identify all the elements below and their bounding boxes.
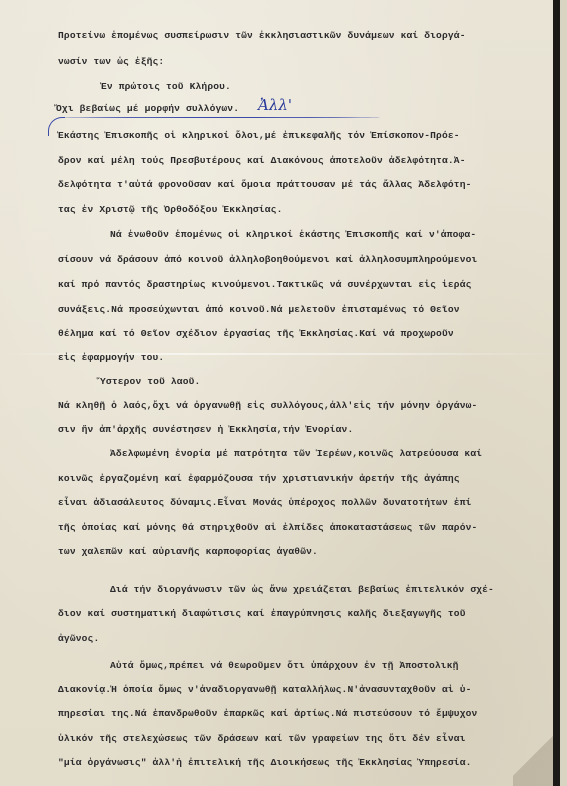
text-line: Ἀδελφωμένη ἐνορία μέ πατρότητα τῶν Ἱερέω… [110,448,482,460]
text-line: δελφότητα τ'αὐτά φρονοῦσαν καί ὅμοια πρά… [58,179,472,191]
text-line: Ὄχι βεβαίως μέ μορφήν συλλόγων. [56,103,239,115]
text-line: σιν ἥν ἀπ'ἀρχῆς συνέστησεν ἡ Ἐκκλησία,τή… [58,424,353,436]
text-line: διον καί συστηματική διαφώτισις καί ἐπαγ… [58,608,466,620]
text-line: συνάξεις.Νά προσεύχωνται ἀπό κοινοῦ.Νά μ… [58,304,460,316]
text-line: Ἑκάστης Ἐπισκοπῆς οἱ κληρικοί ὅλοι,μέ ἐπ… [58,130,460,142]
text-line: πηρεσίαι της.Νά ἐπανδρωθοῦν ἐπαρκῶς καί … [58,708,477,720]
text-line: Νά ἑνωθοῦν ἑπομένως οἱ κληρικοί ἑκάστης … [110,229,476,241]
text-line: νωσίν των ὡς ἑξῆς: [58,56,164,68]
section-heading-clergy: Ἐν πρώτοις τοῦ Κλήρου. [101,81,231,93]
text-line: εἰς ἐφαρμογήν του. [58,352,164,364]
text-line: Προτείνω ἑπομένως συσπείρωσιν τῶν ἐκκλησ… [58,30,466,42]
text-line: δρον καί μέλη τούς Πρεσβυτέρους καί Διακ… [58,155,466,167]
text-line: Νά κληθῇ ὁ λαός,ὄχι νά ὀργανωθῇ εἰς συλλ… [58,400,477,412]
text-line: εἶναι ἀδιασάλευτος δύναμις.Εἶναι Μονάς ὑ… [58,497,472,509]
text-line: κοινῶς ἐργαζομένη καί ἐφαρμόζουσα τήν χρ… [58,473,460,485]
text-line: Διακονίᾳ.Ἡ ὁποία ὅμως ν'ἀναδιοργανωθῇ κα… [58,684,472,696]
text-line: ἀγῶνος. [58,633,99,645]
section-heading-laity: Ὕστερον τοῦ λαοῦ. [100,376,200,388]
text-line: των χαλεπῶν καί αὐριανῆς καρποφορίας ἀγα… [58,546,318,558]
text-line: σίσουν νά δράσουν ἀπό κοινοῦ ἀλληλοβοηθο… [58,254,477,266]
text-line: ὑλικόν τῆς στελεχώσεως τῶν δράσεων καί τ… [58,733,466,745]
text-line: "μία ὀργάνωσις" ἀλλ'ἡ ἐπιτελική τῆς Διοι… [58,757,472,769]
text-line: Αὐτά ὅμως,πρέπει νά θεωροῦμεν ὅτι ὑπάρχο… [110,660,459,672]
text-line: θέλημα καί τό Θεῖον σχέδιον ἐργασίας τῆς… [58,328,454,340]
handwritten-insert-all: Ἀλλ' [258,96,292,114]
paper-corner-shadow [513,726,553,786]
text-line: τῆς ὁποίας καί μόνης θά στηριχθοῦν αἱ ἐλ… [58,522,477,534]
text-line: τας ἐν Χριστῷ τῆς Ὀρθοδόξου Ἐκκλησίας. [58,204,282,216]
text-line: Διά τήν διοργάνωσιν τῶν ὡς ἄνω χρειάζετα… [110,584,494,596]
handwritten-underline-stroke [60,117,380,119]
scan-edge-right [553,0,560,786]
text-line: καί πρό παντός δραστηρίως κινούμενοι.Τακ… [58,279,472,291]
paper-crease-diagonal [0,0,92,2]
document-page: Προτείνω ἑπομένως συσπείρωσιν τῶν ἐκκλησ… [0,0,560,786]
